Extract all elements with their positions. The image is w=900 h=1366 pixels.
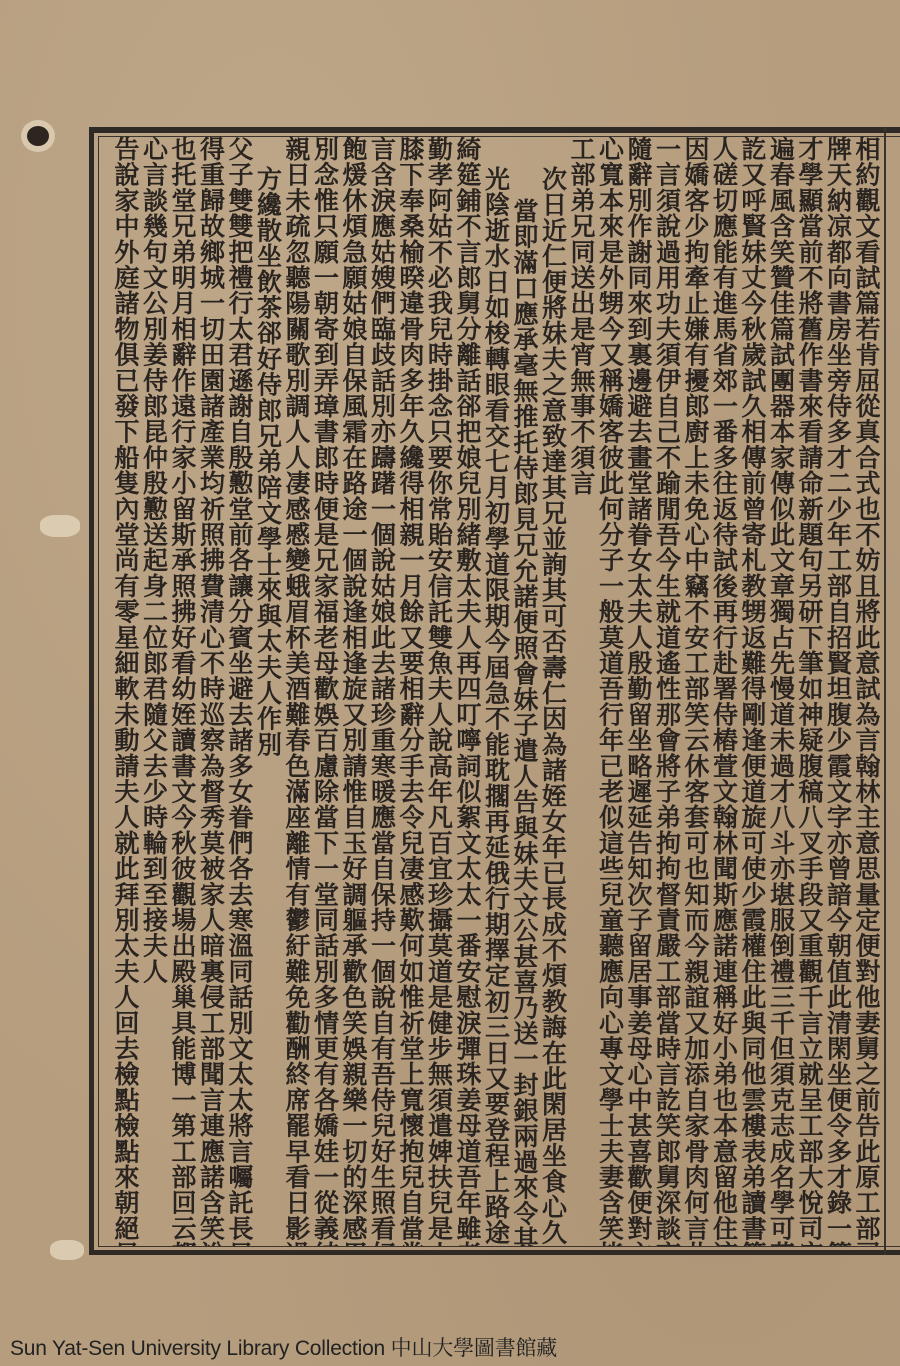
center-fold-rule: [884, 127, 886, 1255]
text-column: 親日未疏忽聽陽關歌別調人人凄感慼變蛾眉杯美酒難春色滿座離情有鬱紆難免勸酬終席罷早…: [282, 136, 311, 1246]
text-column: 訖又呼賢妹丈今秋歲試久相傳前曾寄札教甥返難得剛逢便道旋可使少霞權住此與同他雲樓表…: [738, 136, 767, 1246]
scanned-book-page: 相約觀文看試篇若肯屈從真合式也不妨且將此意試為言翰林主意思量定便對他妻舅之前告此…: [0, 0, 900, 1366]
text-column: 隨辭別作謝同來到裏邊避去畫堂諸眷女太夫人殷勤留坐略遲延告知次子留居事姜母心中甚喜…: [624, 136, 653, 1246]
text-column: 工部弟兄同送出是宵無事不須言: [567, 136, 596, 1246]
text-column: 方纔散坐飲茶郤好侍郎兄弟陪文學士來與太夫人作別: [253, 136, 282, 1246]
text-column: 相約觀文看試篇若肯屈從真合式也不妨且將此意試為言翰林主意思量定便對他妻舅之前告此…: [852, 136, 881, 1246]
text-column: 遍春風含笑贊佳篇試團器本家傳似此文章獨占先慢道未過才八斗亦堪服倒禮三千但須克志成…: [766, 136, 795, 1246]
text-column: 飽煖休煩急願姑娘自保風霜在路途一個說逢相逢旋又別請惟自玉好調軀承歡色笑娛親樂一切…: [339, 136, 368, 1246]
text-column: 也托堂兄弟明月相辭作遠行家小留斯承照拂好看幼姪讀書文今秋彼觀場出殿巢具能博一第工…: [168, 136, 197, 1246]
library-watermark: Sun Yat-Sen University Library Collectio…: [10, 1332, 557, 1362]
text-column: 言含淚應姑嫂們臨歧話別亦躊躇一個說姑娘此去諸珍重寒暖應當自保持一個說自有吾侍兒好…: [367, 136, 396, 1246]
text-column: 次日近仁便將妹夫之意致達其兄並詢其可否壽仁因為諸姪女年已長成不煩教誨在此閑居坐食…: [538, 136, 567, 1246]
paper-tear: [50, 1240, 84, 1260]
text-column: 勤孝阿姑不必我兒時掛念只要你常貽安信託雙魚夫人說高年凡百宜珍攝莫道是健步無須遣婢…: [424, 136, 453, 1246]
text-column: 因嬌客少拘牽止嫌有擾郎廚上未免心中竊不安工部笑云休客套可也知而今親誼又加添自家骨…: [681, 136, 710, 1246]
text-column: 牌天納凉都向書房坐旁侍多才二少年工部自招賢坦腹少霞文字亦曾諳今朝值此清閑坐便令多…: [823, 136, 852, 1246]
text-column: 綺筵鋪不言郎舅分離話郤把娘兒別緒敷太夫人再四叮嚀詞似絮文太太一番安慰淚彈珠姜母道…: [453, 136, 482, 1246]
text-column: 心寬本來是外甥今又稱嬌客彼此何分子一般莫道吾行年已老似這些兒童聽應向心專文學士夫…: [595, 136, 624, 1246]
text-column: 心言談幾句文公別姜侍郎昆仲殷懃送起身二位郎君隨父去少時輪到至接夫人: [139, 136, 168, 1246]
paper-tear: [40, 515, 80, 537]
binding-hole: [27, 126, 49, 146]
text-column: 人磋切應能有進馬省郊一番多往返待試後再行赴署侍樁萱文翰林聞斯應諾連稱好小弟也本意…: [709, 136, 738, 1246]
text-column: 才學顯當前不將舊作書來看請命新題句另研下筆如神疑腹稿八叉手段又重觀千言立就呈工部…: [795, 136, 824, 1246]
text-column: 膝下奉桑榆暌違骨肉多年久纔得相親一月餘又要相辭分手去令兒凄感歎何如惟祈堂上寬懷抱…: [396, 136, 425, 1246]
text-column: 父子雙雙把禮行太君遜謝自殷懃堂前各讓分賓坐避去諸多女眷們各去寒溫同話別文太太將言…: [225, 136, 254, 1246]
text-column: 光陰逝水日如梭轉眼看交七月初學道限期今屆急不能耽擱再延俄行期擇定初三日又要登程上…: [481, 136, 510, 1246]
text-column: 當即滿口應承毫無推托侍郎見兄允諾便照會妹子遣人告與妹夫文公甚喜乃送一封銀兩過來令…: [510, 136, 539, 1246]
text-column: 一言須說過用功夫須伊自己不踰閒吾今生就道遙性那會將子弟拘拘督責嚴工部當時言訖笑郎…: [652, 136, 681, 1246]
text-column: 別念惟只願一朝寄到弄璋書郎時便是兄家福老母歡娛百慮除當下一堂同話別多情更有各嬌娃…: [310, 136, 339, 1246]
text-column: 告說家中外庭諸物俱已發下船隻內堂尚有零星細軟未動請夫人就此拜別太夫人回去檢點檢點…: [111, 136, 140, 1246]
text-column: 得重歸故鄉城一切田園諸產業均祈照拂費清心不時巡察為督秀莫被家人暗裏侵工部聞言連應…: [196, 136, 225, 1246]
text-columns: 相約觀文看試篇若肯屈從真合式也不妨且將此意試為言翰林主意思量定便對他妻舅之前告此…: [100, 136, 880, 1246]
